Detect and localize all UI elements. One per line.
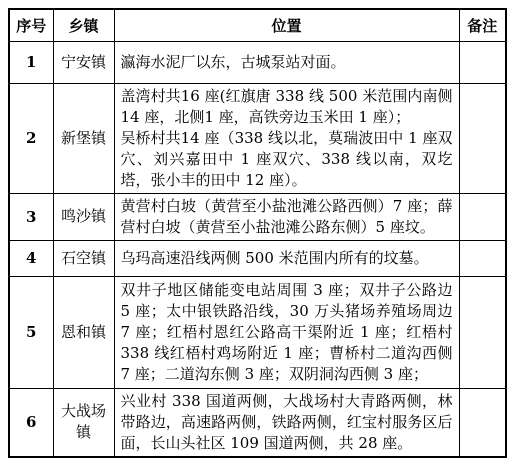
location-text: 瀛海水泥厂以东，古城泵站对面。	[114, 41, 459, 83]
location-text: 乌玛高速沿线两侧 500 米范围内所有的坟墓。	[114, 240, 459, 276]
header-cell-no: 序号	[9, 9, 53, 41]
town-name: 大战场镇	[53, 388, 114, 457]
town-name: 新堡镇	[53, 83, 114, 193]
town-name: 鸣沙镇	[53, 193, 114, 240]
table-row: 4 石空镇 乌玛高速沿线两侧 500 米范围内所有的坟墓。	[9, 240, 506, 276]
header-cell-location: 位置	[114, 9, 459, 41]
table-row: 5 恩和镇 双井子地区储能变电站周围 3 座；双井子公路边 5 座；太中银铁路沿…	[9, 276, 506, 388]
location-text: 双井子地区储能变电站周围 3 座；双井子公路边 5 座；太中银铁路沿线，30 万…	[114, 276, 459, 388]
note-text	[459, 388, 506, 457]
town-name: 恩和镇	[53, 276, 114, 388]
note-text	[459, 83, 506, 193]
table-row: 3 鸣沙镇 黄营村白坡（黄营至小盐池滩公路西侧）7 座；薛营村白坡（黄营至小盐池…	[9, 193, 506, 240]
header-cell-town: 乡镇	[53, 9, 114, 41]
row-number: 1	[9, 41, 53, 83]
row-number: 2	[9, 83, 53, 193]
note-text	[459, 193, 506, 240]
table-row: 2 新堡镇 盖湾村共16 座(红旗唐 338 线 500 米范围内南侧14 座，…	[9, 83, 506, 193]
note-text	[459, 276, 506, 388]
location-text: 兴业村 338 国道两侧，大战场村大青路两侧，林带路边，高速路两侧，铁路两侧，红…	[114, 388, 459, 457]
row-number: 3	[9, 193, 53, 240]
table-row: 6 大战场镇 兴业村 338 国道两侧，大战场村大青路两侧，林带路边，高速路两侧…	[9, 388, 506, 457]
grave-location-table: 序号 乡镇 位置 备注 1 宁安镇 瀛海水泥厂以东，古城泵站对面。 2 新堡镇 …	[8, 8, 507, 458]
location-text: 黄营村白坡（黄营至小盐池滩公路西侧）7 座；薛营村白坡（黄营至小盐池滩公路东侧）…	[114, 193, 459, 240]
note-text	[459, 41, 506, 83]
row-number: 4	[9, 240, 53, 276]
row-number: 5	[9, 276, 53, 388]
header-cell-note: 备注	[459, 9, 506, 41]
table-row: 1 宁安镇 瀛海水泥厂以东，古城泵站对面。	[9, 41, 506, 83]
town-name: 石空镇	[53, 240, 114, 276]
location-text: 盖湾村共16 座(红旗唐 338 线 500 米范围内南侧14 座，北侧1 座，…	[114, 83, 459, 193]
table-header-row: 序号 乡镇 位置 备注	[9, 9, 506, 41]
note-text	[459, 240, 506, 276]
row-number: 6	[9, 388, 53, 457]
town-name: 宁安镇	[53, 41, 114, 83]
